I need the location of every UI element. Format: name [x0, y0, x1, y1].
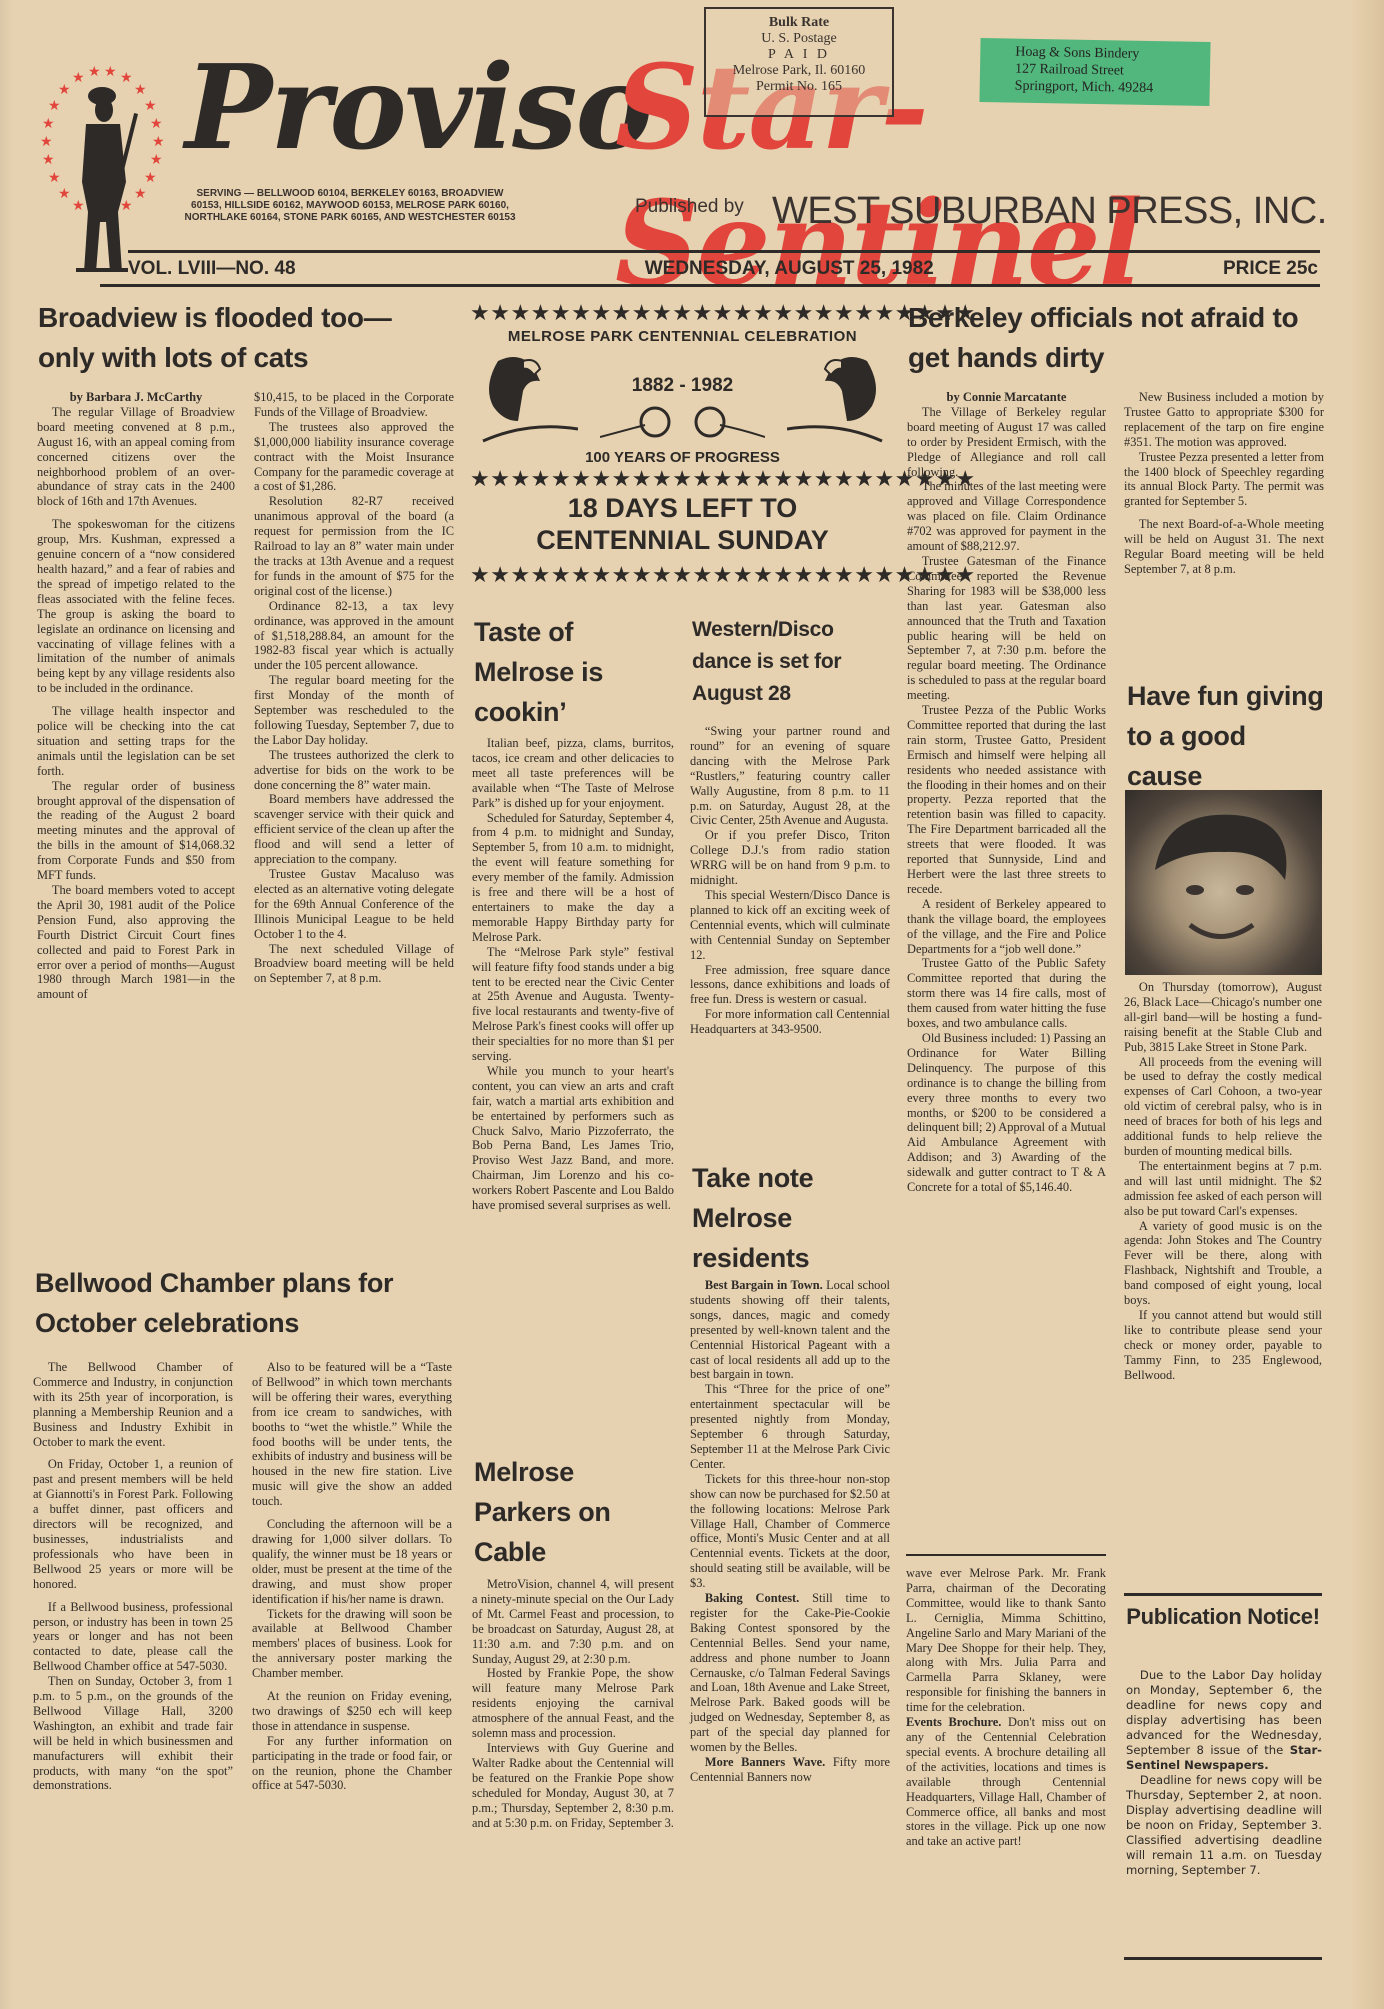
paragraph: If a Bellwood business, professional per… [33, 1600, 233, 1675]
postage-line: P A I D [706, 47, 892, 63]
star-row: ★★★★★★★★★★★★★★★★★★★★★★★★★ [470, 562, 895, 588]
svg-text:★: ★ [120, 198, 133, 214]
eagle-emblem: 1882 - 1982 [470, 345, 895, 457]
paragraph: Due to the Labor Day holiday on Monday, … [1126, 1668, 1322, 1773]
paragraph: The board members voted to accept the Ap… [37, 883, 235, 1002]
headline-publication-notice: Publication Notice! [1124, 1600, 1322, 1633]
paragraph: Ordinance 82-13, a tax levy ordinance, w… [254, 599, 454, 674]
paragraph: If you cannot attend but would still lik… [1124, 1308, 1322, 1383]
paragraph: Baking Contest. Still time to register f… [690, 1591, 890, 1755]
centennial-title: MELROSE PARK CENTENNIAL CELEBRATION [470, 328, 895, 345]
svg-text:★: ★ [144, 170, 157, 186]
paragraph: New Business included a motion by Truste… [1124, 390, 1324, 450]
paragraph: This special Western/Disco Dance is plan… [690, 888, 890, 963]
paragraph: Scheduled for Saturday, September 4, fro… [472, 811, 674, 945]
cable-column: MetroVision, channel 4, will present a n… [472, 1577, 674, 1830]
paragraph: On Thursday (tomorrow), August 26, Black… [1124, 980, 1322, 1055]
postage-stamp: Bulk Rate U. S. Postage P A I D Melrose … [704, 7, 894, 117]
centennial-banner: ★★★★★★★★★★★★★★★★★★★★★★★★★ MELROSE PARK C… [470, 300, 895, 588]
eagle-left-icon [478, 351, 578, 451]
paragraph: The entertainment begins at 7 p.m. and w… [1124, 1159, 1322, 1219]
eagle-right-icon [787, 351, 887, 451]
minuteman-logo-icon: ★★★★ ★★★★ ★★★★ ★★★★ ★★★★ [40, 62, 170, 282]
paragraph-text: This “Three for the price of one” entert… [690, 1382, 890, 1471]
takenote-continued: wave ever Melrose Park. Mr. Frank Parra,… [906, 1566, 1106, 1849]
label-line: Springport, Mich. 49284 [1015, 78, 1210, 98]
masthead-rule-top [128, 250, 1320, 253]
svg-text:★: ★ [58, 82, 71, 98]
paragraph: The Bellwood Chamber of Commerce and Ind… [33, 1360, 233, 1449]
headline-cable: Melrose Parkers on Cable [474, 1452, 674, 1572]
paragraph: A variety of good music is on the agenda… [1124, 1219, 1322, 1308]
paragraph: Or if you prefer Disco, Triton College D… [690, 828, 890, 888]
paragraph: The minutes of the last meeting were app… [907, 479, 1106, 554]
paragraph: Board members have addressed the scaveng… [254, 792, 454, 867]
paragraph: The next scheduled Village of Broadview … [254, 942, 454, 987]
byline-berkeley: by Connie Marcatante [907, 390, 1106, 405]
goodcause-column: On Thursday (tomorrow), August 26, Black… [1124, 980, 1322, 1382]
postage-line: Bulk Rate [706, 15, 892, 31]
bellwood-col-1: The Bellwood Chamber of Commerce and Ind… [33, 1360, 233, 1793]
svg-text:★: ★ [42, 116, 55, 132]
berkeley-col-1: by Connie Marcatante The Village of Berk… [907, 390, 1106, 1195]
western-column: “Swing your partner round and round” for… [690, 724, 890, 1037]
issue-date: WEDNESDAY, AUGUST 25, 1982 [645, 258, 934, 280]
paragraph: Concluding the afternoon will be a drawi… [252, 1517, 452, 1606]
svg-text:★: ★ [104, 64, 117, 80]
paragraph: The regular Village of Broadview board m… [37, 405, 235, 509]
paragraph: Resolution 82-R7 received unanimous appr… [254, 494, 454, 598]
paragraph: MetroVision, channel 4, will present a n… [472, 1577, 674, 1666]
svg-text:★: ★ [152, 134, 165, 150]
paragraph: Also to be featured will be a “Taste of … [252, 1360, 452, 1509]
dateline: VOL. LVIII—NO. 48 WEDNESDAY, AUGUST 25, … [128, 258, 1318, 280]
paragraph: “Swing your partner round and round” for… [690, 724, 890, 828]
paragraph: Free admission, free square dance lesson… [690, 963, 890, 1008]
section-lead: Best Bargain in Town. [705, 1278, 823, 1292]
paragraph: Trustee Gustav Macaluso was elected as a… [254, 867, 454, 942]
paragraph: The village health inspector and police … [37, 704, 235, 779]
svg-text:★: ★ [88, 64, 101, 80]
paragraph: All proceeds from the evening will be us… [1124, 1055, 1322, 1159]
paragraph: $10,415, to be placed in the Corporate F… [254, 390, 454, 420]
published-by-label: Published by [635, 196, 744, 218]
svg-text:★: ★ [72, 70, 85, 86]
paragraph: On Friday, October 1, a reunion of past … [33, 1457, 233, 1591]
takenote-column: Best Bargain in Town. Local school stude… [690, 1278, 890, 1785]
paragraph: Tickets for the drawing will soon be ava… [252, 1607, 452, 1682]
paragraph: Trustee Pezza of the Public Works Commit… [907, 703, 1106, 897]
star-row: ★★★★★★★★★★★★★★★★★★★★★★★★★ [470, 466, 895, 492]
paragraph: A resident of Berkeley appeared to thank… [907, 897, 1106, 957]
paragraph: The regular board meeting for the first … [254, 673, 454, 748]
broadview-col-2: $10,415, to be placed in the Corporate F… [254, 390, 454, 986]
paragraph: The regular order of business brought ap… [37, 779, 235, 883]
paragraph: At the reunion on Friday evening, two dr… [252, 1689, 452, 1734]
centennial-years: 1882 - 1982 [610, 375, 755, 397]
headline-bellwood: Bellwood Chamber plans for October celeb… [35, 1263, 455, 1343]
paragraph: Then on Sunday, October 3, from 1 p.m. t… [33, 1674, 233, 1793]
headline-berkeley: Berkeley officials not afraid to get han… [908, 298, 1328, 378]
svg-text:★: ★ [72, 198, 85, 214]
berkeley-col-2: New Business included a motion by Truste… [1124, 390, 1324, 577]
svg-text:★: ★ [48, 170, 61, 186]
headline-taste-of-melrose: Taste of Melrose is cookin’ [474, 612, 654, 732]
bellwood-col-2: Also to be featured will be a “Taste of … [252, 1360, 452, 1793]
section-lead: Baking Contest. [705, 1591, 799, 1605]
postage-line: Melrose Park, Il. 60160 [706, 63, 892, 79]
paragraph-text: Still time to register for the Cake-Pie-… [690, 1591, 890, 1754]
byline-broadview: by Barbara J. McCarthy [37, 390, 235, 405]
svg-text:★: ★ [144, 98, 157, 114]
svg-text:★: ★ [134, 82, 147, 98]
notice-rule-top [1124, 1593, 1322, 1596]
paragraph: While you munch to your heart's content,… [472, 1064, 674, 1213]
paragraph: Best Bargain in Town. Local school stude… [690, 1278, 890, 1382]
paragraph: Events Brochure. Don't miss out on any o… [906, 1715, 1106, 1849]
star-row: ★★★★★★★★★★★★★★★★★★★★★★★★★ [470, 300, 895, 326]
headline-take-note: Take note Melrose residents [692, 1158, 892, 1278]
svg-text:★: ★ [120, 70, 133, 86]
headline-broadview: Broadview is flooded too—only with lots … [38, 298, 438, 378]
paragraph: Trustee Gatto of the Public Safety Commi… [907, 956, 1106, 1031]
paragraph-text: Don't miss out on any of the Centennial … [906, 1715, 1106, 1848]
paragraph-text: Local school students showing off their … [690, 1278, 890, 1381]
paragraph: Hosted by Frankie Pope, the show will fe… [472, 1666, 674, 1741]
svg-text:★: ★ [134, 186, 147, 202]
paragraph: Italian beef, pizza, clams, burritos, ta… [472, 736, 674, 811]
paragraph: The trustees also approved the $1,000,00… [254, 420, 454, 495]
paragraph: For any further information on participa… [252, 1734, 452, 1794]
paragraph: The Village of Berkeley regular board me… [907, 405, 1106, 480]
postage-line: U. S. Postage [706, 31, 892, 47]
headline-good-cause: Have fun giving to a good cause [1127, 676, 1327, 796]
svg-text:★: ★ [58, 186, 71, 202]
masthead-rule-bottom [100, 284, 1320, 287]
child-photo [1125, 790, 1322, 975]
paragraph: This “Three for the price of one” entert… [690, 1382, 890, 1471]
paragraph: Trustee Gatesman of the Finance Committe… [907, 554, 1106, 703]
mailing-label: Hoag & Sons Bindery 127 Railroad Street … [979, 38, 1210, 106]
paragraph: Tickets for this three-hour non-stop sho… [690, 1472, 890, 1591]
column-divider [906, 1554, 1106, 1556]
svg-text:★: ★ [150, 116, 163, 132]
paragraph: More Banners Wave. Fifty more Centennial… [690, 1755, 890, 1785]
svg-text:★: ★ [42, 152, 55, 168]
paragraph: Old Business included: 1) Passing an Ord… [907, 1031, 1106, 1195]
paragraph: The trustees authorized the clerk to adv… [254, 748, 454, 793]
section-lead: Events Brochure. [906, 1715, 1001, 1729]
svg-text:★: ★ [40, 134, 53, 150]
paragraph: wave ever Melrose Park. Mr. Frank Parra,… [906, 1566, 1106, 1715]
paragraph: Interviews with Guy Guerine and Walter R… [472, 1741, 674, 1830]
centennial-countdown: 18 DAYS LEFT TO CENTENNIAL SUNDAY [470, 492, 895, 556]
paragraph: Deadline for news copy will be Thursday,… [1126, 1773, 1322, 1878]
roses-icon [600, 397, 765, 447]
svg-text:★: ★ [150, 152, 163, 168]
paragraph: Trustee Pezza presented a letter from th… [1124, 450, 1324, 510]
serving-areas: SERVING — BELLWOOD 60104, BERKELEY 60163… [180, 188, 520, 224]
paragraph: For more information call Centennial Hea… [690, 1007, 890, 1037]
broadview-col-1: by Barbara J. McCarthy The regular Villa… [37, 390, 235, 1002]
section-lead: More Banners Wave. [705, 1755, 825, 1769]
postage-line: Permit No. 165 [706, 79, 892, 95]
notice-column: Due to the Labor Day holiday on Monday, … [1126, 1668, 1322, 1878]
notice-rule-bottom [1124, 1957, 1322, 1960]
headline-western-disco: Western/Disco dance is set for August 28 [692, 614, 892, 710]
child-portrait-icon [1125, 790, 1322, 975]
taste-column: Italian beef, pizza, clams, burritos, ta… [472, 736, 674, 1213]
paragraph: The spokeswoman for the citizens group, … [37, 517, 235, 696]
paragraph: The “Melrose Park style” festival will f… [472, 945, 674, 1064]
paragraph: The next Board-of-a-Whole meeting will b… [1124, 517, 1324, 577]
svg-text:★: ★ [48, 98, 61, 114]
paragraph-text: Tickets for this three-hour non-stop sho… [690, 1472, 890, 1590]
volume-number: VOL. LVIII—NO. 48 [128, 258, 296, 280]
masthead-title-proviso: Proviso [185, 40, 651, 176]
price: PRICE 25c [1223, 258, 1318, 280]
publisher-name: WEST SUBURBAN PRESS, INC. [772, 190, 1327, 233]
